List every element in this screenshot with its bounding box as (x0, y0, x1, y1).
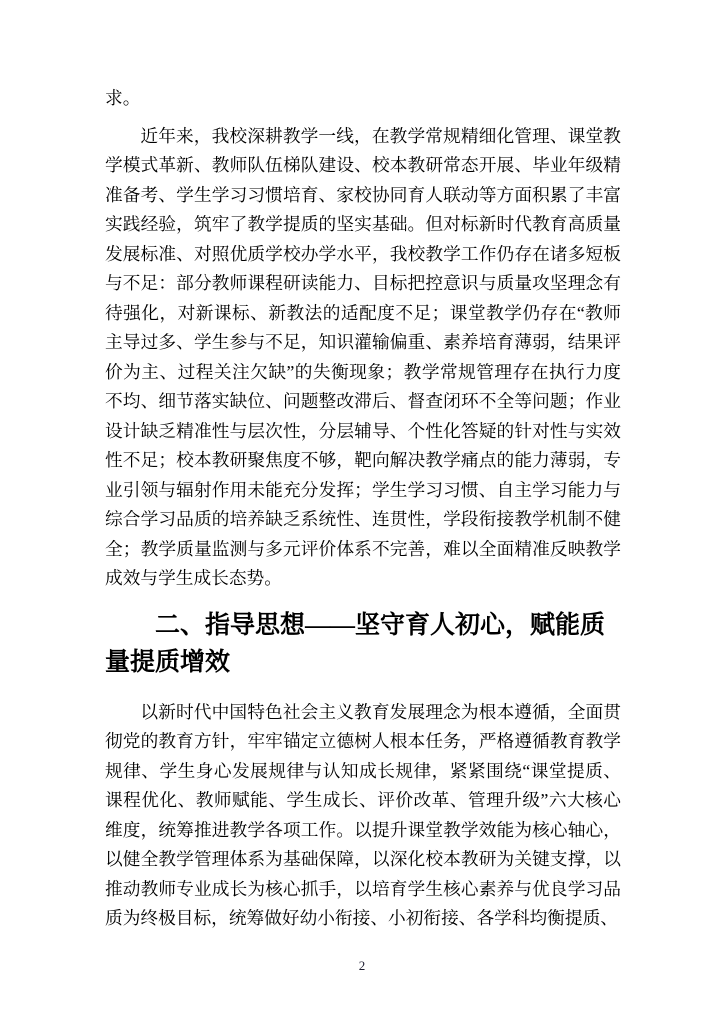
page-body-text: 求。 近年来，我校深耕教学一线，在教学常规精细化管理、课堂教学模式革新、教师队伍… (105, 84, 621, 934)
section-heading-guiding-ideology: 二、指导思想——坚守育人初心，赋能质量提质增效 (105, 607, 621, 681)
page-number: 2 (0, 957, 724, 975)
body-paragraph-guiding-ideology: 以新时代中国特色社会主义教育发展理念为根本遵循，全面贯彻党的教育方针，牢牢锚定立… (105, 698, 621, 934)
body-paragraph-current-situation: 近年来，我校深耕教学一线，在教学常规精细化管理、课堂教学模式革新、教师队伍梯队建… (105, 122, 621, 594)
document-page: 求。 近年来，我校深耕教学一线，在教学常规精细化管理、课堂教学模式革新、教师队伍… (0, 0, 724, 1024)
paragraph-continuation: 求。 (105, 84, 621, 114)
